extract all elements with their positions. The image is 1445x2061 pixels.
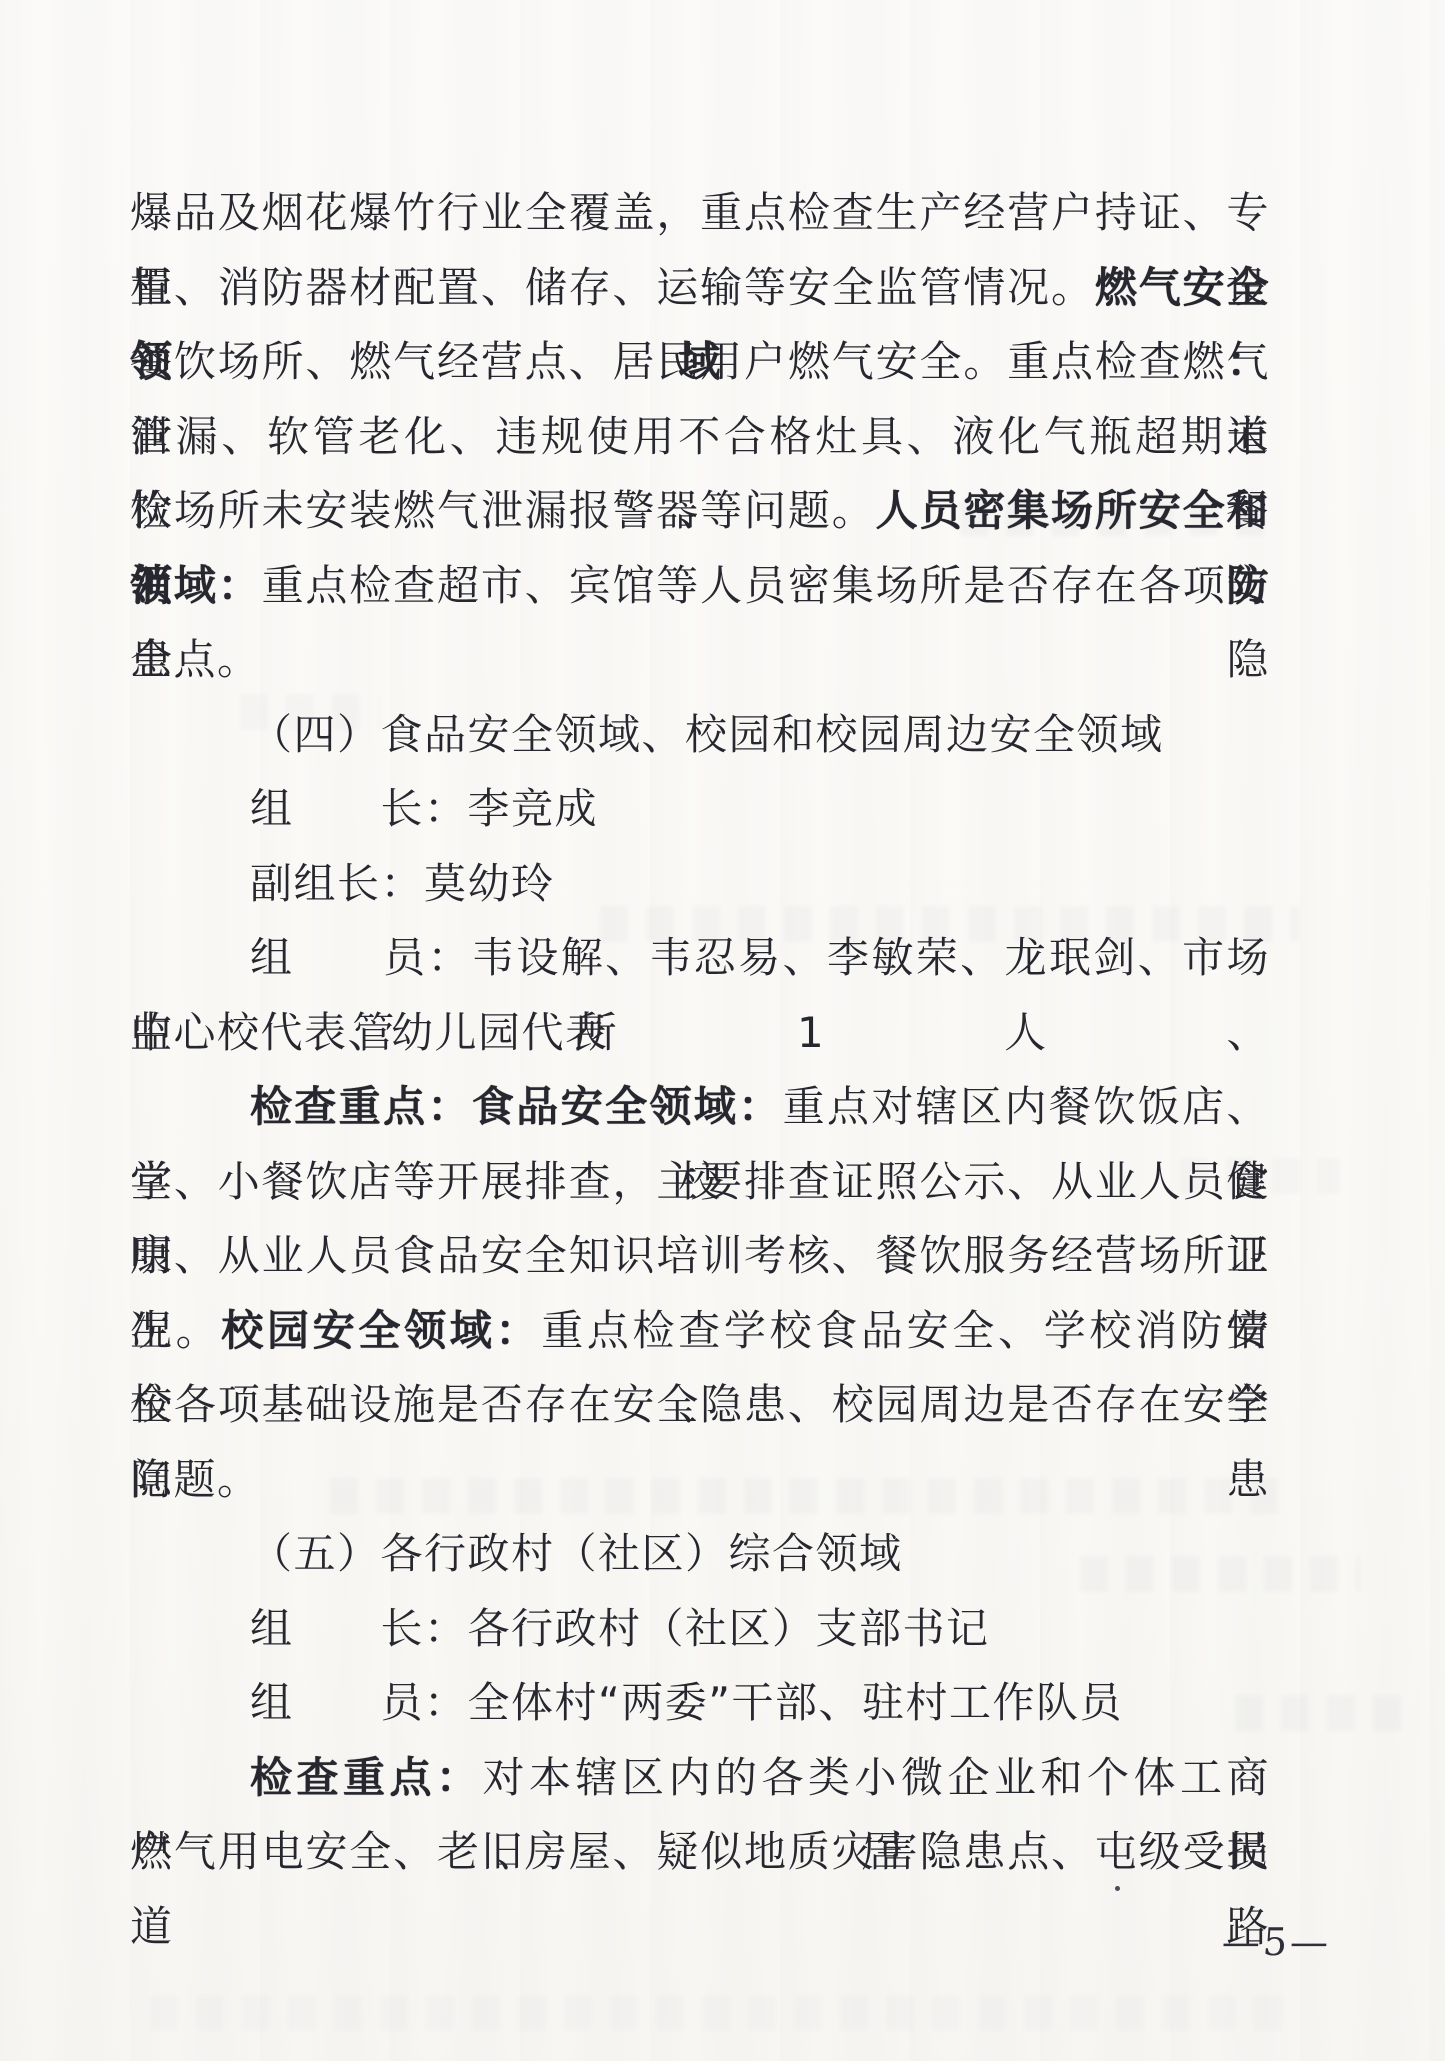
text-line: 副组长：莫幼玲	[130, 847, 1270, 922]
page-number: —5—	[1220, 1920, 1332, 1964]
text-line: 组 长：李竞成	[130, 772, 1270, 847]
text-line: 堂、小餐饮店等开展排查，主要排查证照公示、从业人员健康证	[130, 1145, 1270, 1220]
scanned-document-page: 爆品及烟花爆竹行业全覆盖，重点检查生产经营户持证、专柜设置、消防器材配置、储存、…	[0, 0, 1445, 2061]
text-line: 组 长：各行政村（社区）支部书记	[130, 1592, 1270, 1667]
text-segment: 问题。	[130, 1455, 261, 1504]
text-segment: （四）食品安全领域、校园和校园周边安全领域	[250, 710, 1164, 759]
bold-text-segment: 检查重点：	[250, 1753, 483, 1802]
text-segment: 组 长：李竞成	[250, 784, 598, 833]
text-line: 况。校园安全领域：重点检查学校食品安全、学校消防安全、学	[130, 1294, 1270, 1369]
text-segment: 况。	[130, 1306, 221, 1355]
bold-text-segment: 食品安全领域：	[472, 1082, 783, 1131]
bold-text-segment: 校园安全领域：	[221, 1306, 541, 1355]
text-segment: 组 长：各行政村（社区）支部书记	[250, 1604, 990, 1653]
text-segment: 饮场所未安装燃气泄漏报警器等问题。	[130, 486, 876, 535]
text-segment: 重点检查超市、宾馆等人员密集场所是否存在各项安全隐	[130, 561, 1270, 685]
text-line: 爆品及烟花爆竹行业全覆盖，重点检查生产经营户持证、专柜设	[130, 176, 1270, 251]
text-segment: 组 员：全体村“两委”干部、驻村工作队员	[250, 1678, 1123, 1727]
text-segment: 副组长：莫幼玲	[250, 859, 555, 908]
text-line: 饮场所未安装燃气泄漏报警器等问题。人员密集场所安全和消防	[130, 474, 1270, 549]
text-segment: 中心校代表、幼儿园代表	[130, 1008, 609, 1057]
text-line: 置、消防器材配置、储存、运输等安全监管情况。燃气安全领域：	[130, 251, 1270, 326]
bold-text-segment: 领域：	[130, 561, 262, 610]
text-line: 检查重点：食品安全领域：重点对辖区内餐饮饭店、学校食	[130, 1070, 1270, 1145]
text-segment: 置、消防器材配置、储存、运输等安全监管情况。	[130, 263, 1095, 312]
text-segment: 燃气用电安全、老旧房屋、疑似地质灾害隐患点、屯级受损道路	[130, 1827, 1270, 1951]
stray-dot-mark	[1115, 1886, 1120, 1891]
text-line: 组 员：韦设解、韦忍易、李敏荣、龙珉剑、市场监管所1人、	[130, 921, 1270, 996]
text-segment: （五）各行政村（社区）综合领域	[250, 1529, 903, 1578]
text-line: （五）各行政村（社区）综合领域	[130, 1517, 1270, 1592]
text-line: （四）食品安全领域、校园和校园周边安全领域	[130, 698, 1270, 773]
document-body: 爆品及烟花爆竹行业全覆盖，重点检查生产经营户持证、专柜设置、消防器材配置、储存、…	[130, 176, 1270, 1890]
text-line: 组 员：全体村“两委”干部、驻村工作队员	[130, 1666, 1270, 1741]
text-line: 检查重点：对本辖区内的各类小微企业和个体工商户、居民	[130, 1741, 1270, 1816]
text-line: 领域：重点检查超市、宾馆等人员密集场所是否存在各项安全隐	[130, 549, 1270, 624]
text-segment: 患点。	[130, 635, 261, 684]
bold-text-segment: 检查重点：	[250, 1082, 472, 1131]
bleedthrough-artifact	[150, 1995, 1300, 2031]
text-line: 校各项基础设施是否存在安全隐患、校园周边是否存在安全隐患	[130, 1368, 1270, 1443]
text-line: 燃气用电安全、老旧房屋、疑似地质灾害隐患点、屯级受损道路	[130, 1815, 1270, 1890]
text-line: 泄漏、软管老化、违规使用不合格灶具、液化气瓶超期未检、餐	[130, 400, 1270, 475]
text-segment: 校各项基础设施是否存在安全隐患、校园周边是否存在安全隐患	[130, 1380, 1270, 1504]
text-line: 餐饮场所、燃气经营点、居民用户燃气安全。重点检查燃气管道	[130, 325, 1270, 400]
text-line: 明、从业人员食品安全知识培训考核、餐饮服务经营场所卫生情	[130, 1219, 1270, 1294]
